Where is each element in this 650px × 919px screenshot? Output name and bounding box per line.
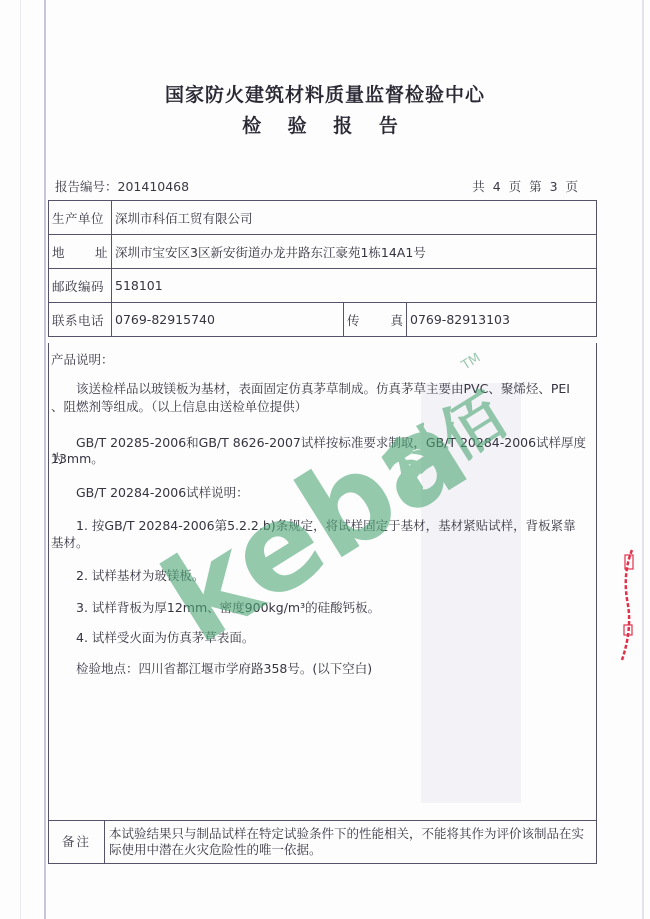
report-number-value: 201410468 (118, 179, 190, 194)
remark-label: 备注 (49, 821, 105, 864)
phone-label: 联系电话 (49, 303, 112, 337)
description-item-1: 1. 按GB/T 20284-2006第5.2.2.b)条规定，将试样固定于基材… (51, 518, 576, 534)
description-item-2: 2. 试样基材为玻镁板。 (51, 568, 204, 584)
description-para-1-cont: 、阻燃剂等组成。（以上信息由送检单位提供） (51, 399, 307, 415)
remark-table: 备注 本试验结果只与制品试样在特定试验条件下的性能相关，不能将其作为评价该制品在… (48, 820, 597, 864)
fax-label: 传 真 (344, 303, 407, 337)
info-table: 生产单位 深圳市科佰工贸有限公司 地 址 深圳市宝安区3区新安街道办龙井路东江豪… (48, 200, 597, 337)
report-page: 国家防火建筑材料质量监督检验中心 检 验 报 告 报告编号：201410468 … (0, 0, 650, 919)
report-number-label: 报告编号： (55, 179, 118, 194)
description-para-3: GB/T 20284-2006试样说明： (51, 485, 249, 501)
test-location: 检验地点：四川省都江堰市学府路358号。(以下空白) (51, 661, 372, 677)
description-para-2-cont: 13mm。 (51, 451, 104, 467)
report-title: 检 验 报 告 (0, 111, 650, 138)
postcode-value: 518101 (112, 269, 597, 303)
address-value: 深圳市宝安区3区新安街道办龙井路东江豪苑1栋14A1号 (112, 235, 597, 269)
red-seal-stamp (618, 545, 642, 665)
description-para-1: 该送检样品以玻镁板为基材，表面固定仿真茅草制成。仿真茅草主要由PVC、聚烯烃、P… (51, 381, 570, 397)
remark-text: 本试验结果只与制品试样在特定试验条件下的性能相关，不能将其作为评价该制品在实际使… (105, 821, 597, 864)
postcode-label: 邮政编码 (49, 269, 112, 303)
address-label: 地 址 (49, 235, 112, 269)
table-row: 生产单位 深圳市科佰工贸有限公司 (49, 201, 597, 235)
report-number: 报告编号：201410468 (55, 177, 189, 195)
table-row: 联系电话 0769-82915740 传 真 0769-82913103 (49, 303, 597, 337)
description-item-1-cont: 基材。 (51, 535, 89, 551)
table-row: 邮政编码 518101 (49, 269, 597, 303)
table-row: 地 址 深圳市宝安区3区新安街道办龙井路东江豪苑1栋14A1号 (49, 235, 597, 269)
producer-value: 深圳市科佰工贸有限公司 (112, 201, 597, 235)
description-heading: 产品说明： (51, 352, 114, 368)
table-row: 备注 本试验结果只与制品试样在特定试验条件下的性能相关，不能将其作为评价该制品在… (49, 821, 597, 864)
fax-value: 0769-82913103 (407, 303, 597, 337)
page-indicator: 共 4 页 第 3 页 (472, 177, 580, 195)
description-para-2: GB/T 20285-2006和GB/T 8626-2007试样按标准要求制取，… (51, 435, 596, 467)
product-description: 产品说明： 该送检样品以玻镁板为基材，表面固定仿真茅草制成。仿真茅草主要由PVC… (48, 343, 597, 820)
producer-label: 生产单位 (49, 201, 112, 235)
phone-value: 0769-82915740 (112, 303, 344, 337)
description-item-3: 3. 试样背板为厚12mm、密度900kg/m³的硅酸钙板。 (51, 600, 380, 616)
description-item-4: 4. 试样受火面为仿真茅草表面。 (51, 630, 254, 646)
institution-title: 国家防火建筑材料质量监督检验中心 (0, 80, 650, 107)
